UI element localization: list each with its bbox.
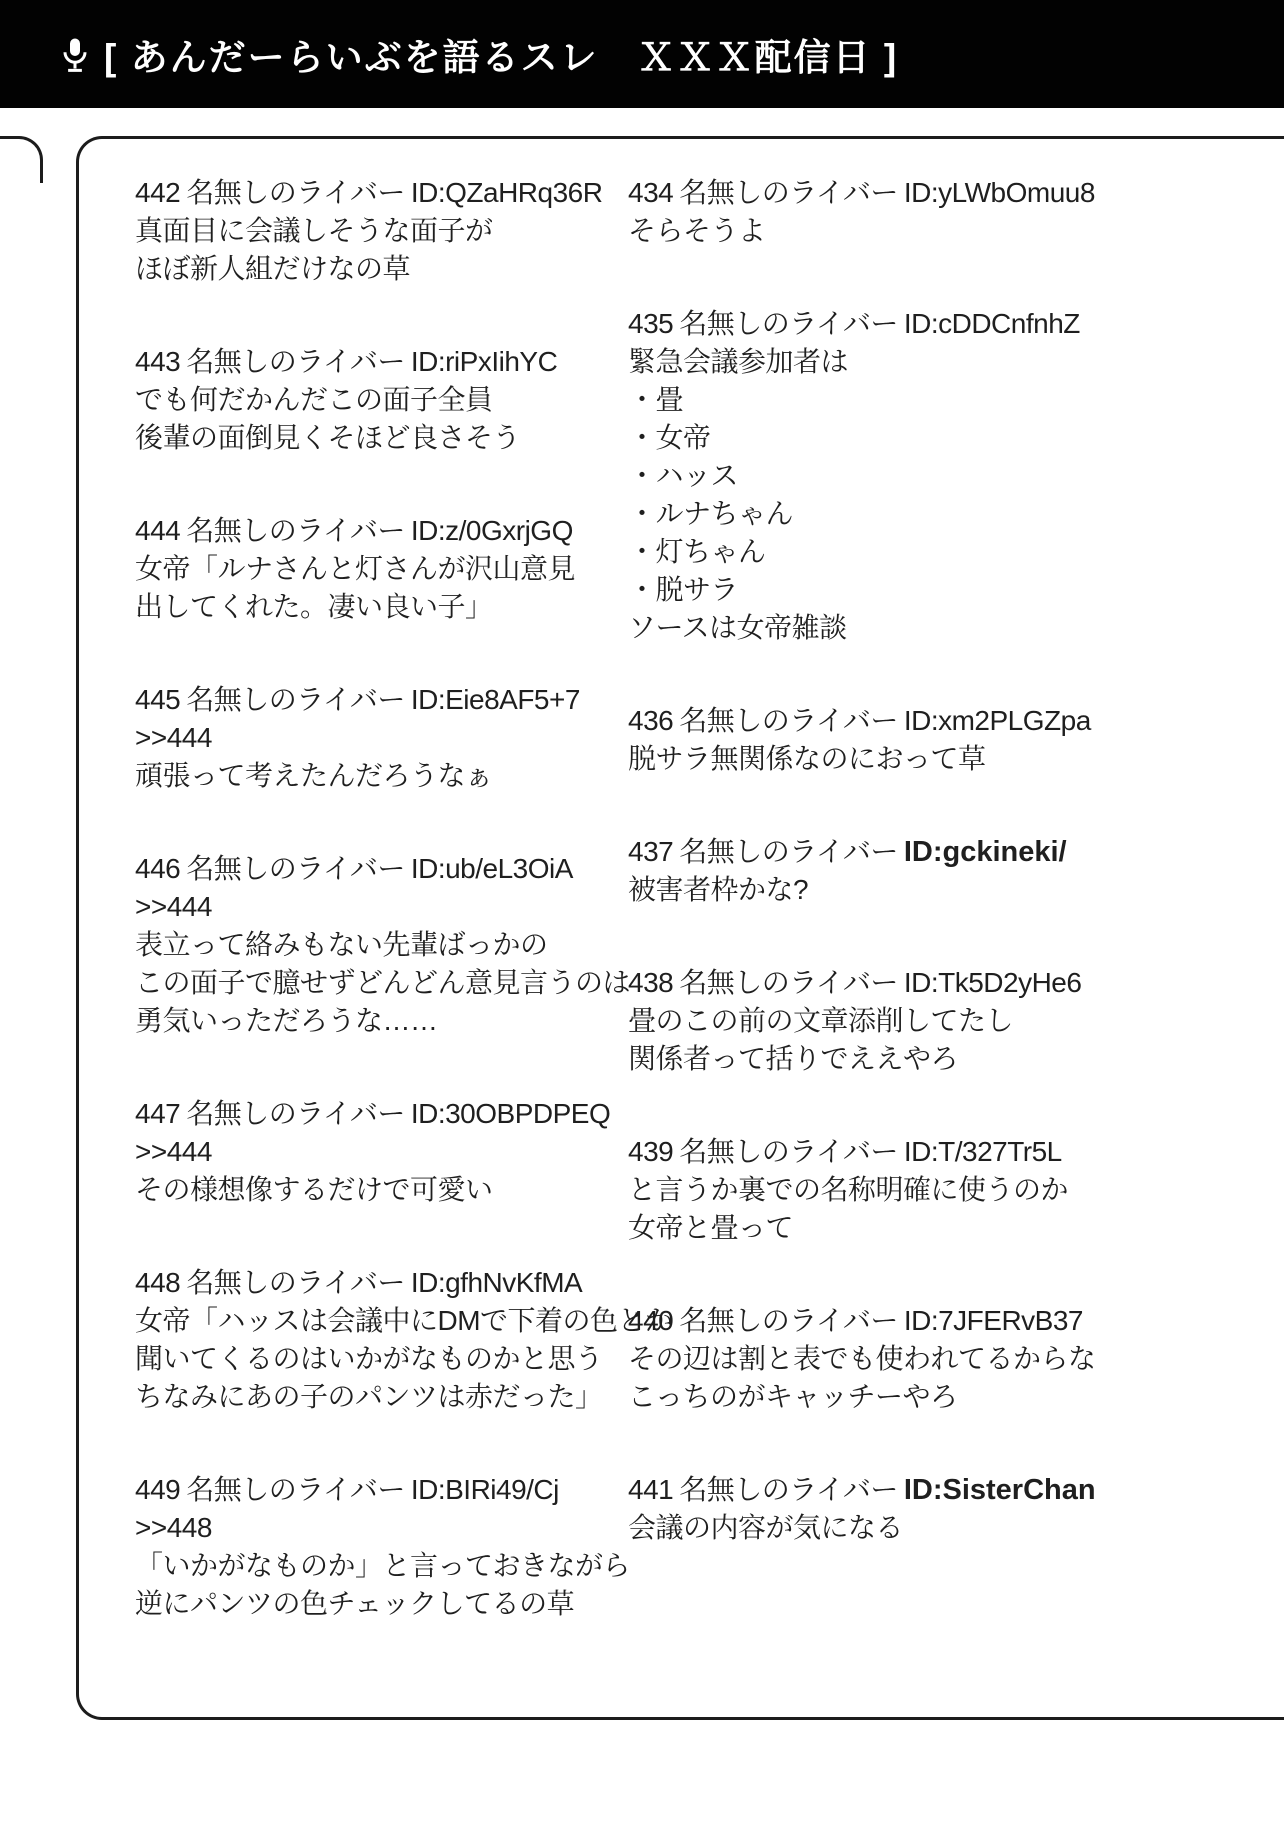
- post-author-name: 名無しのライバー: [679, 308, 898, 339]
- post-author-id: ID:QZaHRq36R: [411, 177, 603, 208]
- post-author-name: 名無しのライバー: [186, 853, 405, 884]
- thread-post: 445名無しのライバーID:Eie8AF5+7>>444頑張って考えたんだろうな…: [135, 681, 628, 795]
- post-author-id: ID:BIRi49/Cj: [411, 1474, 559, 1505]
- post-author-id: ID:SisterChan: [904, 1474, 1096, 1506]
- post-author-id: ID:Tk5D2yHe6: [904, 967, 1082, 998]
- post-body-line: 会議の内容が気になる: [628, 1509, 1255, 1547]
- post-author-name: 名無しのライバー: [186, 177, 405, 208]
- thread-title-bar: [ あんだーらいぶを語るスレ ＸＸＸ配信日 ]: [0, 0, 1284, 108]
- post-author-id: ID:Eie8AF5+7: [411, 684, 580, 715]
- post-number: 447: [135, 1098, 180, 1129]
- post-body-line: ・ルナちゃん: [628, 495, 1255, 533]
- post-author-name: 名無しのライバー: [679, 177, 898, 208]
- post-header: 436名無しのライバーID:xm2PLGZpa: [628, 702, 1255, 740]
- post-reply-anchor: >>448: [135, 1509, 628, 1547]
- thread-title: [ あんだーらいぶを語るスレ ＸＸＸ配信日 ]: [104, 27, 898, 81]
- post-author-id: ID:30OBPDPEQ: [411, 1098, 610, 1129]
- post-header: 439名無しのライバーID:T/327Tr5L: [628, 1133, 1255, 1171]
- post-body-line: ・灯ちゃん: [628, 533, 1255, 571]
- post-author-name: 名無しのライバー: [679, 967, 898, 998]
- post-body-line: ちなみにあの子のパンツは赤だった」: [135, 1378, 628, 1416]
- post-header: 438名無しのライバーID:Tk5D2yHe6: [628, 964, 1255, 1002]
- microphone-icon: [60, 31, 90, 81]
- post-author-id: ID:yLWbOmuu8: [904, 177, 1095, 208]
- post-number: 445: [135, 684, 180, 715]
- post-author-name: 名無しのライバー: [679, 1474, 898, 1505]
- post-body-line: 逆にパンツの色チェックしてるの草: [135, 1585, 628, 1623]
- post-header: 447名無しのライバーID:30OBPDPEQ: [135, 1095, 628, 1133]
- post-body-line: 脱サラ無関係なのにおって草: [628, 740, 1255, 778]
- post-number: 436: [628, 705, 673, 736]
- post-body-line: 後輩の面倒見くそほど良さそう: [135, 419, 628, 457]
- post-body-line: 女帝「ルナさんと灯さんが沢山意見: [135, 550, 628, 588]
- thread-column-right: 434名無しのライバーID:yLWbOmuu8そらそうよ435名無しのライバーI…: [628, 174, 1255, 1678]
- post-header: 444名無しのライバーID:z/0GxrjGQ: [135, 512, 628, 550]
- post-author-name: 名無しのライバー: [186, 1474, 405, 1505]
- post-author-name: 名無しのライバー: [186, 346, 405, 377]
- post-body-line: そらそうよ: [628, 212, 1255, 250]
- post-body-line: こっちのがキャッチーやろ: [628, 1378, 1255, 1416]
- thread-post: 435名無しのライバーID:cDDCnfnhZ緊急会議参加者は・畳・女帝・ハッス…: [628, 305, 1255, 647]
- post-header: 443名無しのライバーID:riPxIihYC: [135, 343, 628, 381]
- post-number: 441: [628, 1474, 673, 1505]
- post-header: 445名無しのライバーID:Eie8AF5+7: [135, 681, 628, 719]
- post-author-id: ID:T/327Tr5L: [904, 1136, 1062, 1167]
- post-number: 435: [628, 308, 673, 339]
- post-body-line: 真面目に会議しそうな面子が: [135, 212, 628, 250]
- post-reply-anchor: >>444: [135, 888, 628, 926]
- thread-post: 441名無しのライバーID:SisterChan会議の内容が気になる: [628, 1471, 1255, 1547]
- thread-post: 440名無しのライバーID:7JFERvB37その辺は割と表でも使われてるからな…: [628, 1302, 1255, 1416]
- post-body-line: 勇気いっただろうな……: [135, 1002, 628, 1040]
- post-body-line: 女帝と畳って: [628, 1209, 1255, 1247]
- thread-column-left: 442名無しのライバーID:QZaHRq36R真面目に会議しそうな面子がほぼ新人…: [135, 174, 628, 1678]
- thread-post: 446名無しのライバーID:ub/eL3OiA>>444表立って絡みもない先輩ば…: [135, 850, 628, 1040]
- post-number: 437: [628, 836, 673, 867]
- neighbor-panel-corner: [0, 136, 43, 183]
- post-author-name: 名無しのライバー: [679, 1305, 898, 1336]
- post-header: 435名無しのライバーID:cDDCnfnhZ: [628, 305, 1255, 343]
- post-author-name: 名無しのライバー: [186, 515, 405, 546]
- thread-post: 439名無しのライバーID:T/327Tr5Lと言うか裏での名称明確に使うのか女…: [628, 1133, 1255, 1247]
- post-number: 440: [628, 1305, 673, 1336]
- post-body-line: 聞いてくるのはいかがなものかと思う: [135, 1340, 628, 1378]
- post-body-line: 「いかがなものか」と言っておきながら: [135, 1547, 628, 1585]
- post-number: 446: [135, 853, 180, 884]
- post-body-line: ・脱サラ: [628, 571, 1255, 609]
- post-body-line: ・女帝: [628, 419, 1255, 457]
- post-reply-anchor: >>444: [135, 719, 628, 757]
- post-body-line: 畳のこの前の文章添削してたし: [628, 1002, 1255, 1040]
- post-header: 437名無しのライバーID:gckineki/: [628, 833, 1255, 871]
- thread-post: 442名無しのライバーID:QZaHRq36R真面目に会議しそうな面子がほぼ新人…: [135, 174, 628, 288]
- thread-post: 447名無しのライバーID:30OBPDPEQ>>444その様想像するだけで可愛…: [135, 1095, 628, 1209]
- post-author-id: ID:z/0GxrjGQ: [411, 515, 573, 546]
- post-number: 442: [135, 177, 180, 208]
- thread-post: 448名無しのライバーID:gfhNvKfMA女帝「ハッスは会議中にDMで下着の…: [135, 1264, 628, 1416]
- thread-page: 442名無しのライバーID:QZaHRq36R真面目に会議しそうな面子がほぼ新人…: [0, 108, 1284, 1826]
- post-header: 441名無しのライバーID:SisterChan: [628, 1471, 1255, 1509]
- thread-post: 443名無しのライバーID:riPxIihYCでも何だかんだこの面子全員後輩の面…: [135, 343, 628, 457]
- post-body-line: 表立って絡みもない先輩ばっかの: [135, 926, 628, 964]
- post-author-name: 名無しのライバー: [186, 1098, 405, 1129]
- post-body-line: 出してくれた。凄い良い子」: [135, 588, 628, 626]
- post-body-line: と言うか裏での名称明確に使うのか: [628, 1171, 1255, 1209]
- post-number: 448: [135, 1267, 180, 1298]
- post-body-line: その辺は割と表でも使われてるからな: [628, 1340, 1255, 1378]
- post-author-id: ID:ub/eL3OiA: [411, 853, 573, 884]
- post-number: 439: [628, 1136, 673, 1167]
- post-header: 442名無しのライバーID:QZaHRq36R: [135, 174, 628, 212]
- post-body-line: ・畳: [628, 381, 1255, 419]
- post-body-line: でも何だかんだこの面子全員: [135, 381, 628, 419]
- post-body-line: ほぼ新人組だけなの草: [135, 250, 628, 288]
- post-number: 434: [628, 177, 673, 208]
- post-author-name: 名無しのライバー: [679, 705, 898, 736]
- post-reply-anchor: >>444: [135, 1133, 628, 1171]
- post-body-line: 緊急会議参加者は: [628, 343, 1255, 381]
- post-author-name: 名無しのライバー: [186, 1267, 405, 1298]
- post-number: 438: [628, 967, 673, 998]
- thread-post: 449名無しのライバーID:BIRi49/Cj>>448「いかがなものか」と言っ…: [135, 1471, 628, 1623]
- post-body-line: ソースは女帝雑談: [628, 609, 1255, 647]
- post-number: 443: [135, 346, 180, 377]
- post-author-id: ID:xm2PLGZpa: [904, 705, 1091, 736]
- thread-post: 434名無しのライバーID:yLWbOmuu8そらそうよ: [628, 174, 1255, 250]
- post-header: 449名無しのライバーID:BIRi49/Cj: [135, 1471, 628, 1509]
- post-number: 444: [135, 515, 180, 546]
- post-body-line: 被害者枠かな?: [628, 871, 1255, 909]
- post-author-name: 名無しのライバー: [679, 836, 898, 867]
- post-header: 440名無しのライバーID:7JFERvB37: [628, 1302, 1255, 1340]
- thread-post: 438名無しのライバーID:Tk5D2yHe6畳のこの前の文章添削してたし関係者…: [628, 964, 1255, 1078]
- post-author-id: ID:riPxIihYC: [411, 346, 557, 377]
- thread-post: 436名無しのライバーID:xm2PLGZpa脱サラ無関係なのにおって草: [628, 702, 1255, 778]
- thread-post: 437名無しのライバーID:gckineki/被害者枠かな?: [628, 833, 1255, 909]
- post-body-line: ・ハッス: [628, 457, 1255, 495]
- post-body-line: この面子で臆せずどんどん意見言うのは: [135, 964, 628, 1002]
- thread-post: 444名無しのライバーID:z/0GxrjGQ女帝「ルナさんと灯さんが沢山意見出…: [135, 512, 628, 626]
- post-body-line: その様想像するだけで可愛い: [135, 1171, 628, 1209]
- post-author-id: ID:gckineki/: [904, 836, 1067, 868]
- post-body-line: 女帝「ハッスは会議中にDMで下着の色とか: [135, 1302, 628, 1340]
- thread-columns: 442名無しのライバーID:QZaHRq36R真面目に会議しそうな面子がほぼ新人…: [135, 174, 1255, 1678]
- post-author-id: ID:gfhNvKfMA: [411, 1267, 582, 1298]
- post-author-name: 名無しのライバー: [186, 684, 405, 715]
- post-body-line: 関係者って括りでええやろ: [628, 1040, 1255, 1078]
- manga-thread-page: { "header": { "icon": "microphone-icon",…: [0, 0, 1284, 1826]
- post-body-line: 頑張って考えたんだろうなぁ: [135, 757, 628, 795]
- post-header: 446名無しのライバーID:ub/eL3OiA: [135, 850, 628, 888]
- post-author-id: ID:cDDCnfnhZ: [904, 308, 1080, 339]
- post-header: 434名無しのライバーID:yLWbOmuu8: [628, 174, 1255, 212]
- post-number: 449: [135, 1474, 180, 1505]
- post-author-name: 名無しのライバー: [679, 1136, 898, 1167]
- post-author-id: ID:7JFERvB37: [904, 1305, 1083, 1336]
- post-header: 448名無しのライバーID:gfhNvKfMA: [135, 1264, 628, 1302]
